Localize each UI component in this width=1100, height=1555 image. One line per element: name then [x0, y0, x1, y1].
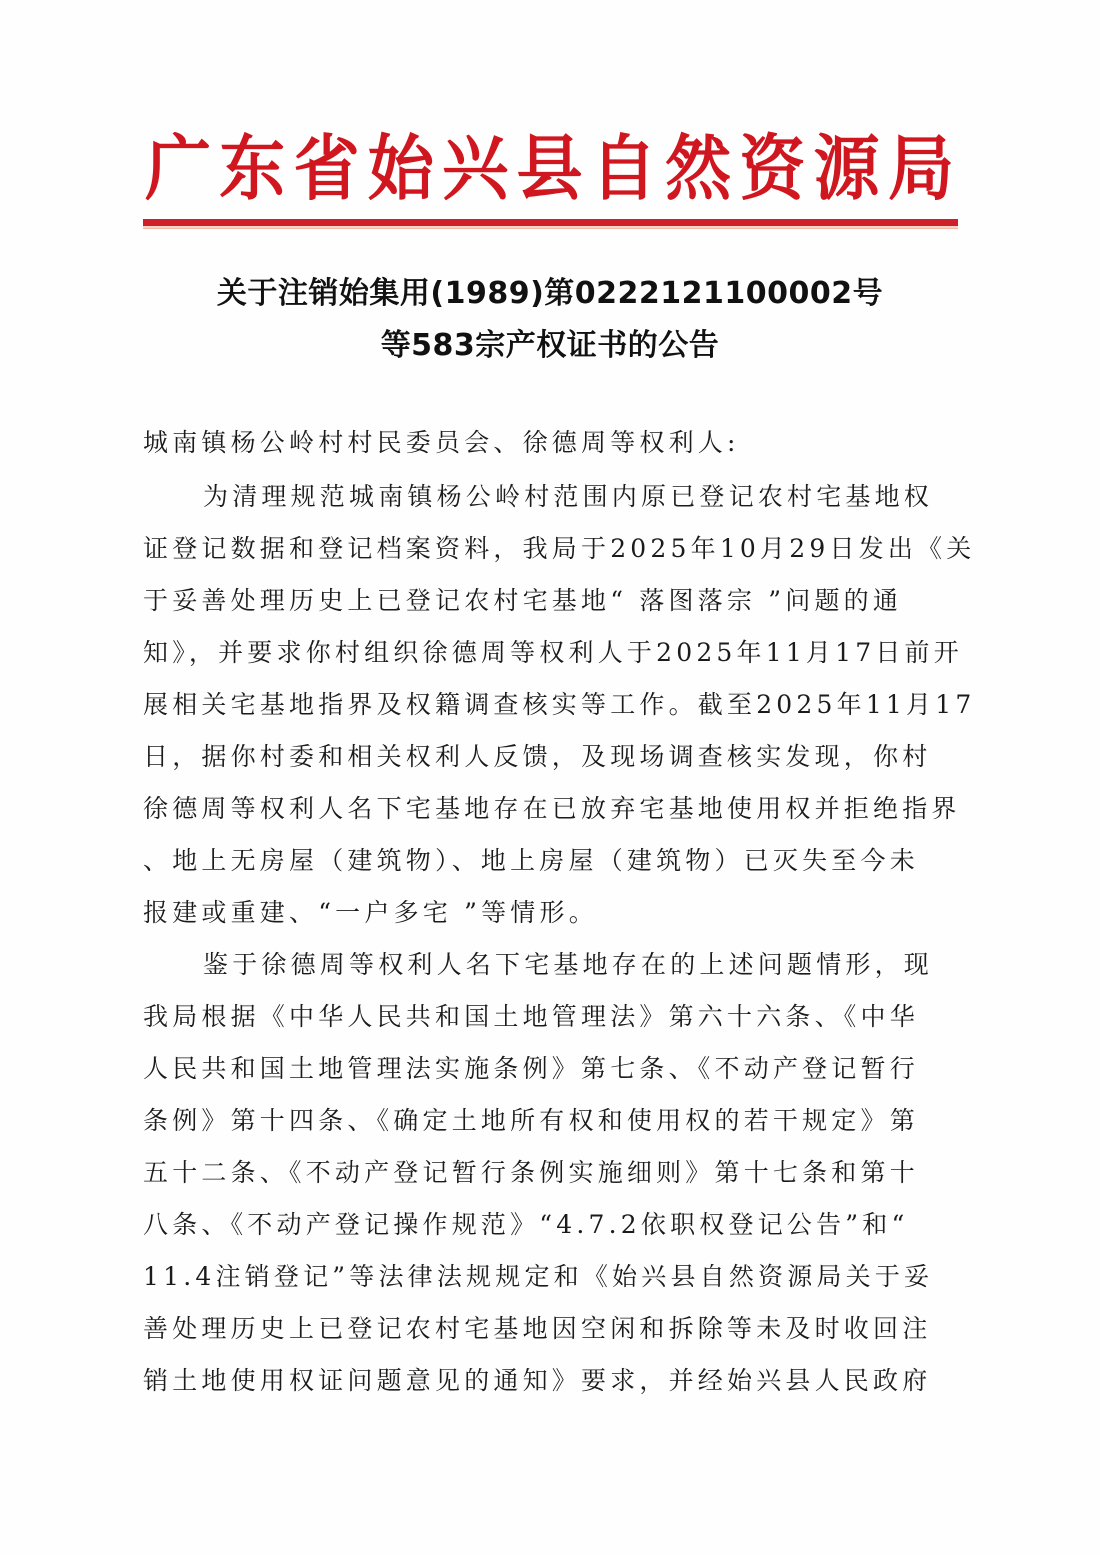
masthead-char: 兴: [439, 125, 511, 211]
masthead-char: 东: [216, 125, 288, 211]
masthead-char: 省: [291, 125, 363, 211]
body-line: 五十二条、《不动产登记暂行条例实施细则》第十七条和第十: [143, 1158, 955, 1188]
masthead-char: 始: [365, 125, 437, 211]
document-title-line-2: 等583宗产权证书的公告: [0, 320, 1100, 364]
masthead-char: 然: [662, 125, 734, 211]
body-line: 八条、《不动产登记操作规范》“4.7.2依职权登记公告”和“: [143, 1210, 955, 1240]
body-line: 善处理历史上已登记农村宅基地因空闲和拆除等未及时收回注: [143, 1314, 955, 1344]
body-line: 报建或重建、“一户多宅 ”等情形。: [143, 898, 955, 928]
masthead-char: 局: [885, 125, 957, 211]
masthead-char: 源: [811, 125, 883, 211]
body-line: 徐德周等权利人名下宅基地存在已放弃宅基地使用权并拒绝指界: [143, 794, 955, 824]
body-line: 证登记数据和登记档案资料，我局于2025年10月29日发出《关: [143, 534, 955, 564]
document-title-line-1: 关于注销始集用(1989)第0222121100002号: [0, 268, 1100, 312]
masthead-char: 资: [736, 125, 808, 211]
body-line: 、地上无房屋（建筑物）、地上房屋（建筑物）已灭失至今未: [143, 846, 955, 876]
masthead-char: 自: [588, 125, 660, 211]
masthead-title: 广 东 省 始 兴 县 自 然 资 源 局: [142, 128, 957, 208]
body-line: 知》，并要求你村组织徐德周等权利人于2025年11月17日前开: [143, 638, 955, 668]
body-line: 于妥善处理历史上已登记农村宅基地“ 落图落宗 ”问题的通: [143, 586, 955, 616]
body-line: 条例》第十四条、《确定土地所有权和使用权的若干规定》第: [143, 1106, 955, 1136]
body-line: 为清理规范城南镇杨公岭村范围内原已登记农村宅基地权: [203, 482, 955, 512]
body-line: 展相关宅基地指界及权籍调查核实等工作。截至2025年11月17: [143, 690, 955, 720]
body-line: 销土地使用权证问题意见的通知》要求，并经始兴县人民政府: [143, 1366, 955, 1396]
body-line: 我局根据《中华人民共和国土地管理法》第六十六条、《中华: [143, 1002, 955, 1032]
body-line: 人民共和国土地管理法实施条例》第七条、《不动产登记暂行: [143, 1054, 955, 1084]
document-page: 广 东 省 始 兴 县 自 然 资 源 局 关于注销始集用(1989)第0222…: [0, 0, 1100, 1555]
body-line: 日，据你村委和相关权利人反馈，及现场调查核实发现，你村: [143, 742, 955, 772]
masthead-char: 县: [513, 125, 585, 211]
masthead-divider: [143, 219, 958, 228]
body-line: 鉴于徐德周等权利人名下宅基地存在的上述问题情形，现: [203, 950, 955, 980]
body-line: 11.4注销登记”等法律法规规定和《始兴县自然资源局关于妥: [143, 1262, 955, 1292]
masthead-char: 广: [142, 125, 214, 211]
salutation: 城南镇杨公岭村村民委员会、徐德周等权利人:: [143, 428, 955, 458]
